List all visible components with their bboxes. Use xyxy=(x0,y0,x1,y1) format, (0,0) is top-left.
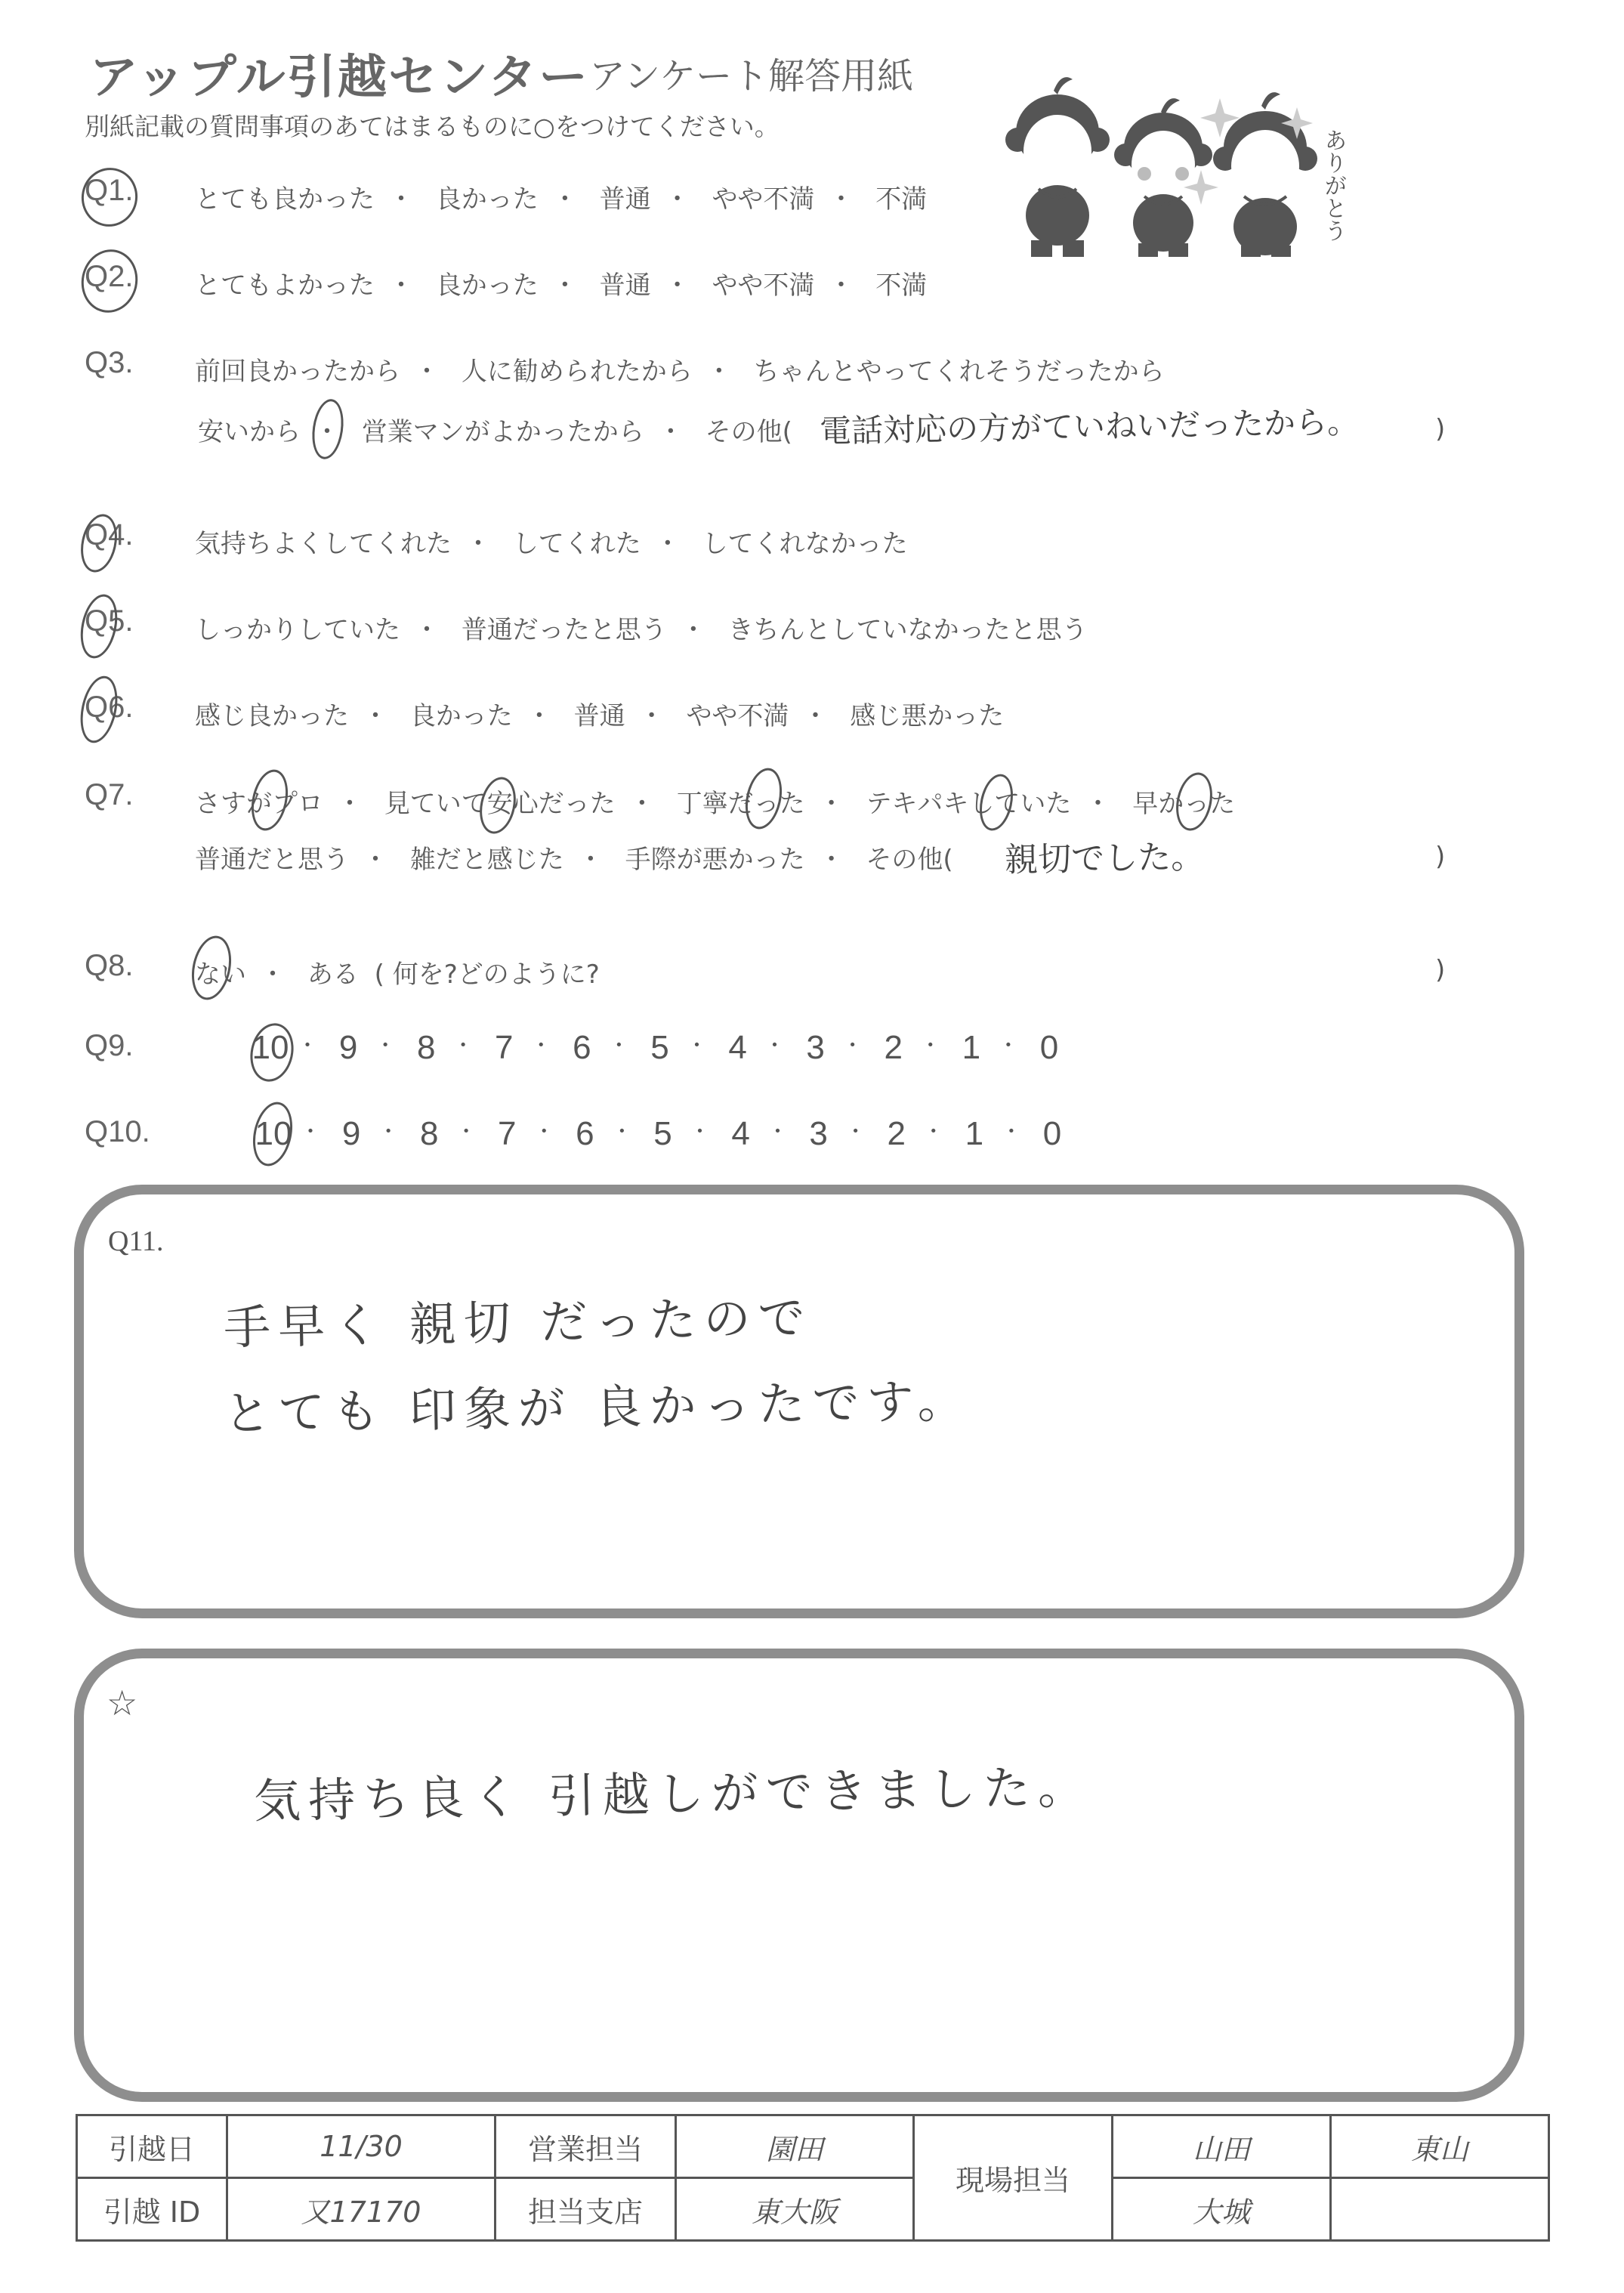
field-staff-2[interactable]: 東山 xyxy=(1331,2115,1549,2178)
q8-detail-close: ) xyxy=(1435,955,1445,985)
q5-options: しっかりしていた・ 普通だったと思う・ きちんとしていなかったと思う xyxy=(195,609,1088,646)
q7-option-polite[interactable]: 丁寧だった xyxy=(677,789,805,819)
q11-answer-line1: 手早く 親切 だったので xyxy=(223,1280,813,1358)
q8-option-some[interactable]: ある xyxy=(307,960,359,990)
company-title: アップル引越センター xyxy=(89,39,589,107)
comment-answer: 気持ち良く 引越しができました。 xyxy=(253,1749,1092,1831)
q9-score-1[interactable]: 1 xyxy=(950,1029,993,1067)
q8-label: Q8. xyxy=(85,949,133,983)
q10-score-5[interactable]: 5 xyxy=(641,1115,684,1153)
mascot-illustration: ありがとう xyxy=(1001,45,1530,257)
q10-score-1[interactable]: 1 xyxy=(953,1115,996,1153)
q3-option-cheap[interactable]: 安いから xyxy=(198,417,301,447)
q6-option-1[interactable]: 感じ良かった xyxy=(195,701,349,731)
q3-option-reliable[interactable]: ちゃんとやってくれそうだったから xyxy=(754,357,1165,387)
q10-score-7[interactable]: 7 xyxy=(486,1115,528,1153)
field-staff-3[interactable]: 大城 xyxy=(1113,2178,1331,2241)
q7-option-other-label: その他( xyxy=(866,845,952,875)
comment-box[interactable]: ☆ 気持ち良く 引越しができました。 xyxy=(74,1649,1524,2102)
q10-score-8[interactable]: 8 xyxy=(408,1115,450,1153)
q7-option-clumsy[interactable]: 手際が悪かった xyxy=(625,845,805,875)
q7-options-line1: さすがプロ・ 見ていて安心だった・ 丁寧だった・ テキパキしていた・ 早かった xyxy=(195,783,1235,820)
q10-score-2[interactable]: 2 xyxy=(875,1115,918,1153)
move-date-value[interactable]: 11/30 xyxy=(227,2115,496,2178)
form-title: アンケート解答用紙 xyxy=(589,47,913,99)
q8-detail-prompt: ( 何を?どのように? xyxy=(375,960,600,990)
q2-option-1[interactable]: とてもよかった xyxy=(195,270,375,301)
q5-option-2[interactable]: 普通だったと思う xyxy=(462,615,667,645)
q3-option-prev-good[interactable]: 前回良かったから xyxy=(195,357,400,387)
q10-score-6[interactable]: 6 xyxy=(563,1115,606,1153)
q5-option-1[interactable]: しっかりしていた xyxy=(195,615,400,645)
q1-option-2[interactable]: 良かった xyxy=(436,184,539,215)
q7-option-normal[interactable]: 普通だと思う xyxy=(195,845,349,875)
q11-answer-box[interactable]: Q11. 手早く 親切 だったので とても 印象が 良かったです。 xyxy=(74,1185,1524,1618)
q9-score-8[interactable]: 8 xyxy=(405,1029,447,1067)
q3-circle-mark xyxy=(309,397,347,462)
q4-option-1[interactable]: 気持ちよくしてくれた xyxy=(195,529,452,559)
q9-score-7[interactable]: 7 xyxy=(483,1029,525,1067)
sales-rep-label: 営業担当 xyxy=(496,2115,676,2178)
q4-option-2[interactable]: してくれた xyxy=(513,529,641,559)
q2-options: とてもよかった・ 良かった・ 普通・ やや不満・ 不満 xyxy=(195,264,927,301)
instruction-text: 別紙記載の質問事項のあてはまるものに○をつけてください。 xyxy=(85,107,780,143)
q3-other-answer[interactable]: 電話対応の方がていねいだったから。 xyxy=(820,397,1360,452)
q6-option-5[interactable]: 感じ悪かった xyxy=(850,701,1004,731)
q9-score-9[interactable]: 9 xyxy=(327,1029,369,1067)
q9-score-5[interactable]: 5 xyxy=(638,1029,681,1067)
field-staff-label: 現場担当 xyxy=(914,2115,1113,2241)
branch-value[interactable]: 東大阪 xyxy=(676,2178,914,2241)
q7-circle-mark-1 xyxy=(246,766,293,834)
q10-scale: 10・ 9・ 8・ 7・ 6・ 5・ 4・ 3・ 2・ 1・ 0 xyxy=(252,1115,1073,1153)
q3-option-recommended[interactable]: 人に勧められたから xyxy=(462,357,693,387)
star-icon: ☆ xyxy=(107,1683,137,1723)
q7-circle-mark-4 xyxy=(975,771,1018,833)
q6-option-2[interactable]: 良かった xyxy=(410,701,513,731)
q10-label: Q10. xyxy=(85,1115,150,1149)
q3-option-other-label: その他( xyxy=(705,417,792,447)
q4-options: 気持ちよくしてくれた・ してくれた・ してくれなかった xyxy=(195,523,908,560)
q9-score-2[interactable]: 2 xyxy=(872,1029,915,1067)
sales-rep-value[interactable]: 園田 xyxy=(676,2115,914,2178)
q9-label: Q9. xyxy=(85,1029,133,1063)
q9-scale: 10・ 9・ 8・ 7・ 6・ 5・ 4・ 3・ 2・ 1・ 0 xyxy=(249,1029,1070,1067)
q1-option-1[interactable]: とても良かった xyxy=(195,184,375,215)
q11-answer-line2: とても 印象が 良かったです。 xyxy=(223,1363,972,1443)
q9-score-3[interactable]: 3 xyxy=(795,1029,837,1067)
monkey-mascots-icon: ありがとう xyxy=(1001,45,1530,257)
q7-label: Q7. xyxy=(85,778,133,812)
q5-circle-mark xyxy=(76,591,123,662)
q9-score-4[interactable]: 4 xyxy=(717,1029,759,1067)
q10-score-9[interactable]: 9 xyxy=(330,1115,372,1153)
q2-circle-mark xyxy=(76,244,144,318)
q3-options-line2: 安いから・ 営業マンがよかったから・ その他( xyxy=(198,411,792,448)
move-id-label: 引越 ID xyxy=(77,2178,227,2241)
q2-option-2[interactable]: 良かった xyxy=(436,270,539,301)
q11-label: Q11. xyxy=(108,1225,164,1258)
q3-label: Q3. xyxy=(85,346,133,380)
q6-option-4[interactable]: やや不満 xyxy=(686,701,789,731)
q8-option-none[interactable]: ない xyxy=(195,960,246,990)
q7-other-answer[interactable]: 親切でした。 xyxy=(1004,830,1204,882)
q2-option-4[interactable]: やや不満 xyxy=(712,270,814,301)
q7-circle-mark-3 xyxy=(740,765,787,833)
q1-circle-mark xyxy=(76,162,144,232)
q10-score-0[interactable]: 0 xyxy=(1031,1115,1073,1153)
q10-score-3[interactable]: 3 xyxy=(798,1115,840,1153)
q7-circle-mark-5 xyxy=(1171,769,1217,834)
q3-options-line1: 前回良かったから・ 人に勧められたから・ ちゃんとやってくれそうだったから xyxy=(195,351,1165,388)
branch-label: 担当支店 xyxy=(496,2178,676,2241)
svg-text:ありがとう: ありがとう xyxy=(1320,128,1347,242)
move-date-label: 引越日 xyxy=(77,2115,227,2178)
q9-score-0[interactable]: 0 xyxy=(1028,1029,1070,1067)
field-staff-1[interactable]: 山田 xyxy=(1113,2115,1331,2178)
q1-option-3[interactable]: 普通 xyxy=(600,184,651,215)
q3-other-close: ) xyxy=(1435,414,1445,444)
q1-option-4[interactable]: やや不満 xyxy=(712,184,814,215)
q8-options: ない・ ある ( 何を?どのように? xyxy=(195,953,600,990)
q10-circle-mark xyxy=(248,1099,298,1170)
move-id-value[interactable]: 又17170 xyxy=(227,2178,496,2241)
q1-options: とても良かった・ 良かった・ 普通・ やや不満・ 不満 xyxy=(195,178,927,215)
q2-option-3[interactable]: 普通 xyxy=(600,270,651,301)
q10-score-4[interactable]: 4 xyxy=(720,1115,762,1153)
field-staff-4[interactable] xyxy=(1331,2178,1549,2241)
q4-option-3[interactable]: してくれなかった xyxy=(702,529,908,559)
q3-option-sales-good[interactable]: 営業マンがよかったから xyxy=(362,417,644,447)
q6-options: 感じ良かった・ 良かった・ 普通・ やや不満・ 感じ悪かった xyxy=(195,695,1004,732)
q9-score-6[interactable]: 6 xyxy=(560,1029,603,1067)
q7-option-efficient[interactable]: テキパキしていた xyxy=(866,789,1071,819)
q6-option-3[interactable]: 普通 xyxy=(574,701,625,731)
q7-option-sloppy[interactable]: 雑だと感じた xyxy=(410,845,564,875)
q1-option-5[interactable]: 不満 xyxy=(875,184,927,215)
q2-option-5[interactable]: 不満 xyxy=(875,270,927,301)
q7-other-close: ) xyxy=(1435,842,1445,872)
info-table: 引越日 11/30 営業担当 園田 現場担当 山田 東山 引越 ID 又1717… xyxy=(76,2114,1550,2242)
q6-circle-mark xyxy=(75,672,123,746)
q7-options-line2: 普通だと思う・ 雑だと感じた・ 手際が悪かった・ その他( xyxy=(195,839,953,876)
q5-option-3[interactable]: きちんとしていなかったと思う xyxy=(728,615,1088,645)
